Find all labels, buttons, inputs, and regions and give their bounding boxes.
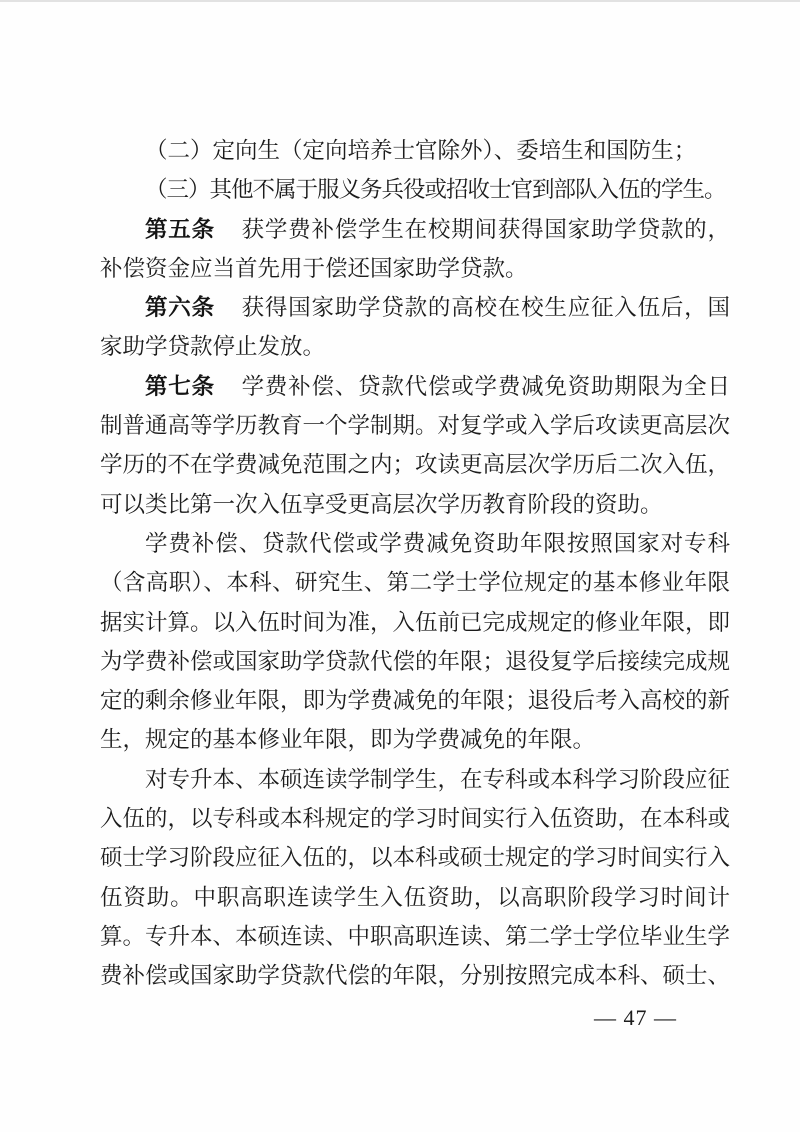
article-7: 第七条 学费补偿、贷款代偿或学费减免资助期限为全日制普通高等学历教育一个学制期。… xyxy=(100,367,730,524)
page-footer: — 47 — xyxy=(594,1003,677,1033)
document-body: （二）定向生（定向培养士官除外）、委培生和国防生； （三）其他不属于服义务兵役或… xyxy=(100,131,730,996)
article-6: 第六条 获得国家助学贷款的高校在校生应征入伍后，国家助学贷款停止发放。 xyxy=(100,288,730,367)
clause-item-2: （二）定向生（定向培养士官除外）、委培生和国防生； xyxy=(100,131,730,170)
scan-edge-artifact xyxy=(0,0,800,2)
paragraph-text: 学费补偿、贷款代偿或学费减免资助年限按照国家对专科（含高职）、本科、研究生、第二… xyxy=(100,531,730,752)
article-number: 第六条 xyxy=(145,295,215,320)
page-number: — 47 — xyxy=(594,1005,677,1030)
paragraph-text: 对专升本、本硕连读学制学生，在专科或本科学习阶段应征入伍的，以专科或本科规定的学… xyxy=(100,767,730,988)
article-7-para-3: 对专升本、本硕连读学制学生，在专科或本科学习阶段应征入伍的，以专科或本科规定的学… xyxy=(100,760,730,996)
clause-item-3: （三）其他不属于服义务兵役或招收士官到部队入伍的学生。 xyxy=(100,170,730,209)
article-7-para-2: 学费补偿、贷款代偿或学费减免资助年限按照国家对专科（含高职）、本科、研究生、第二… xyxy=(100,524,730,760)
article-number: 第五条 xyxy=(145,217,215,242)
article-5: 第五条 获学费补偿学生在校期间获得国家助学贷款的，补偿资金应当首先用于偿还国家助… xyxy=(100,210,730,289)
paragraph-text: （三）其他不属于服义务兵役或招收士官到部队入伍的学生。 xyxy=(145,177,726,202)
paragraph-text: （二）定向生（定向培养士官除外）、委培生和国防生； xyxy=(145,138,696,163)
document-page: （二）定向生（定向培养士官除外）、委培生和国防生； （三）其他不属于服义务兵役或… xyxy=(0,0,800,1132)
article-number: 第七条 xyxy=(145,374,215,399)
